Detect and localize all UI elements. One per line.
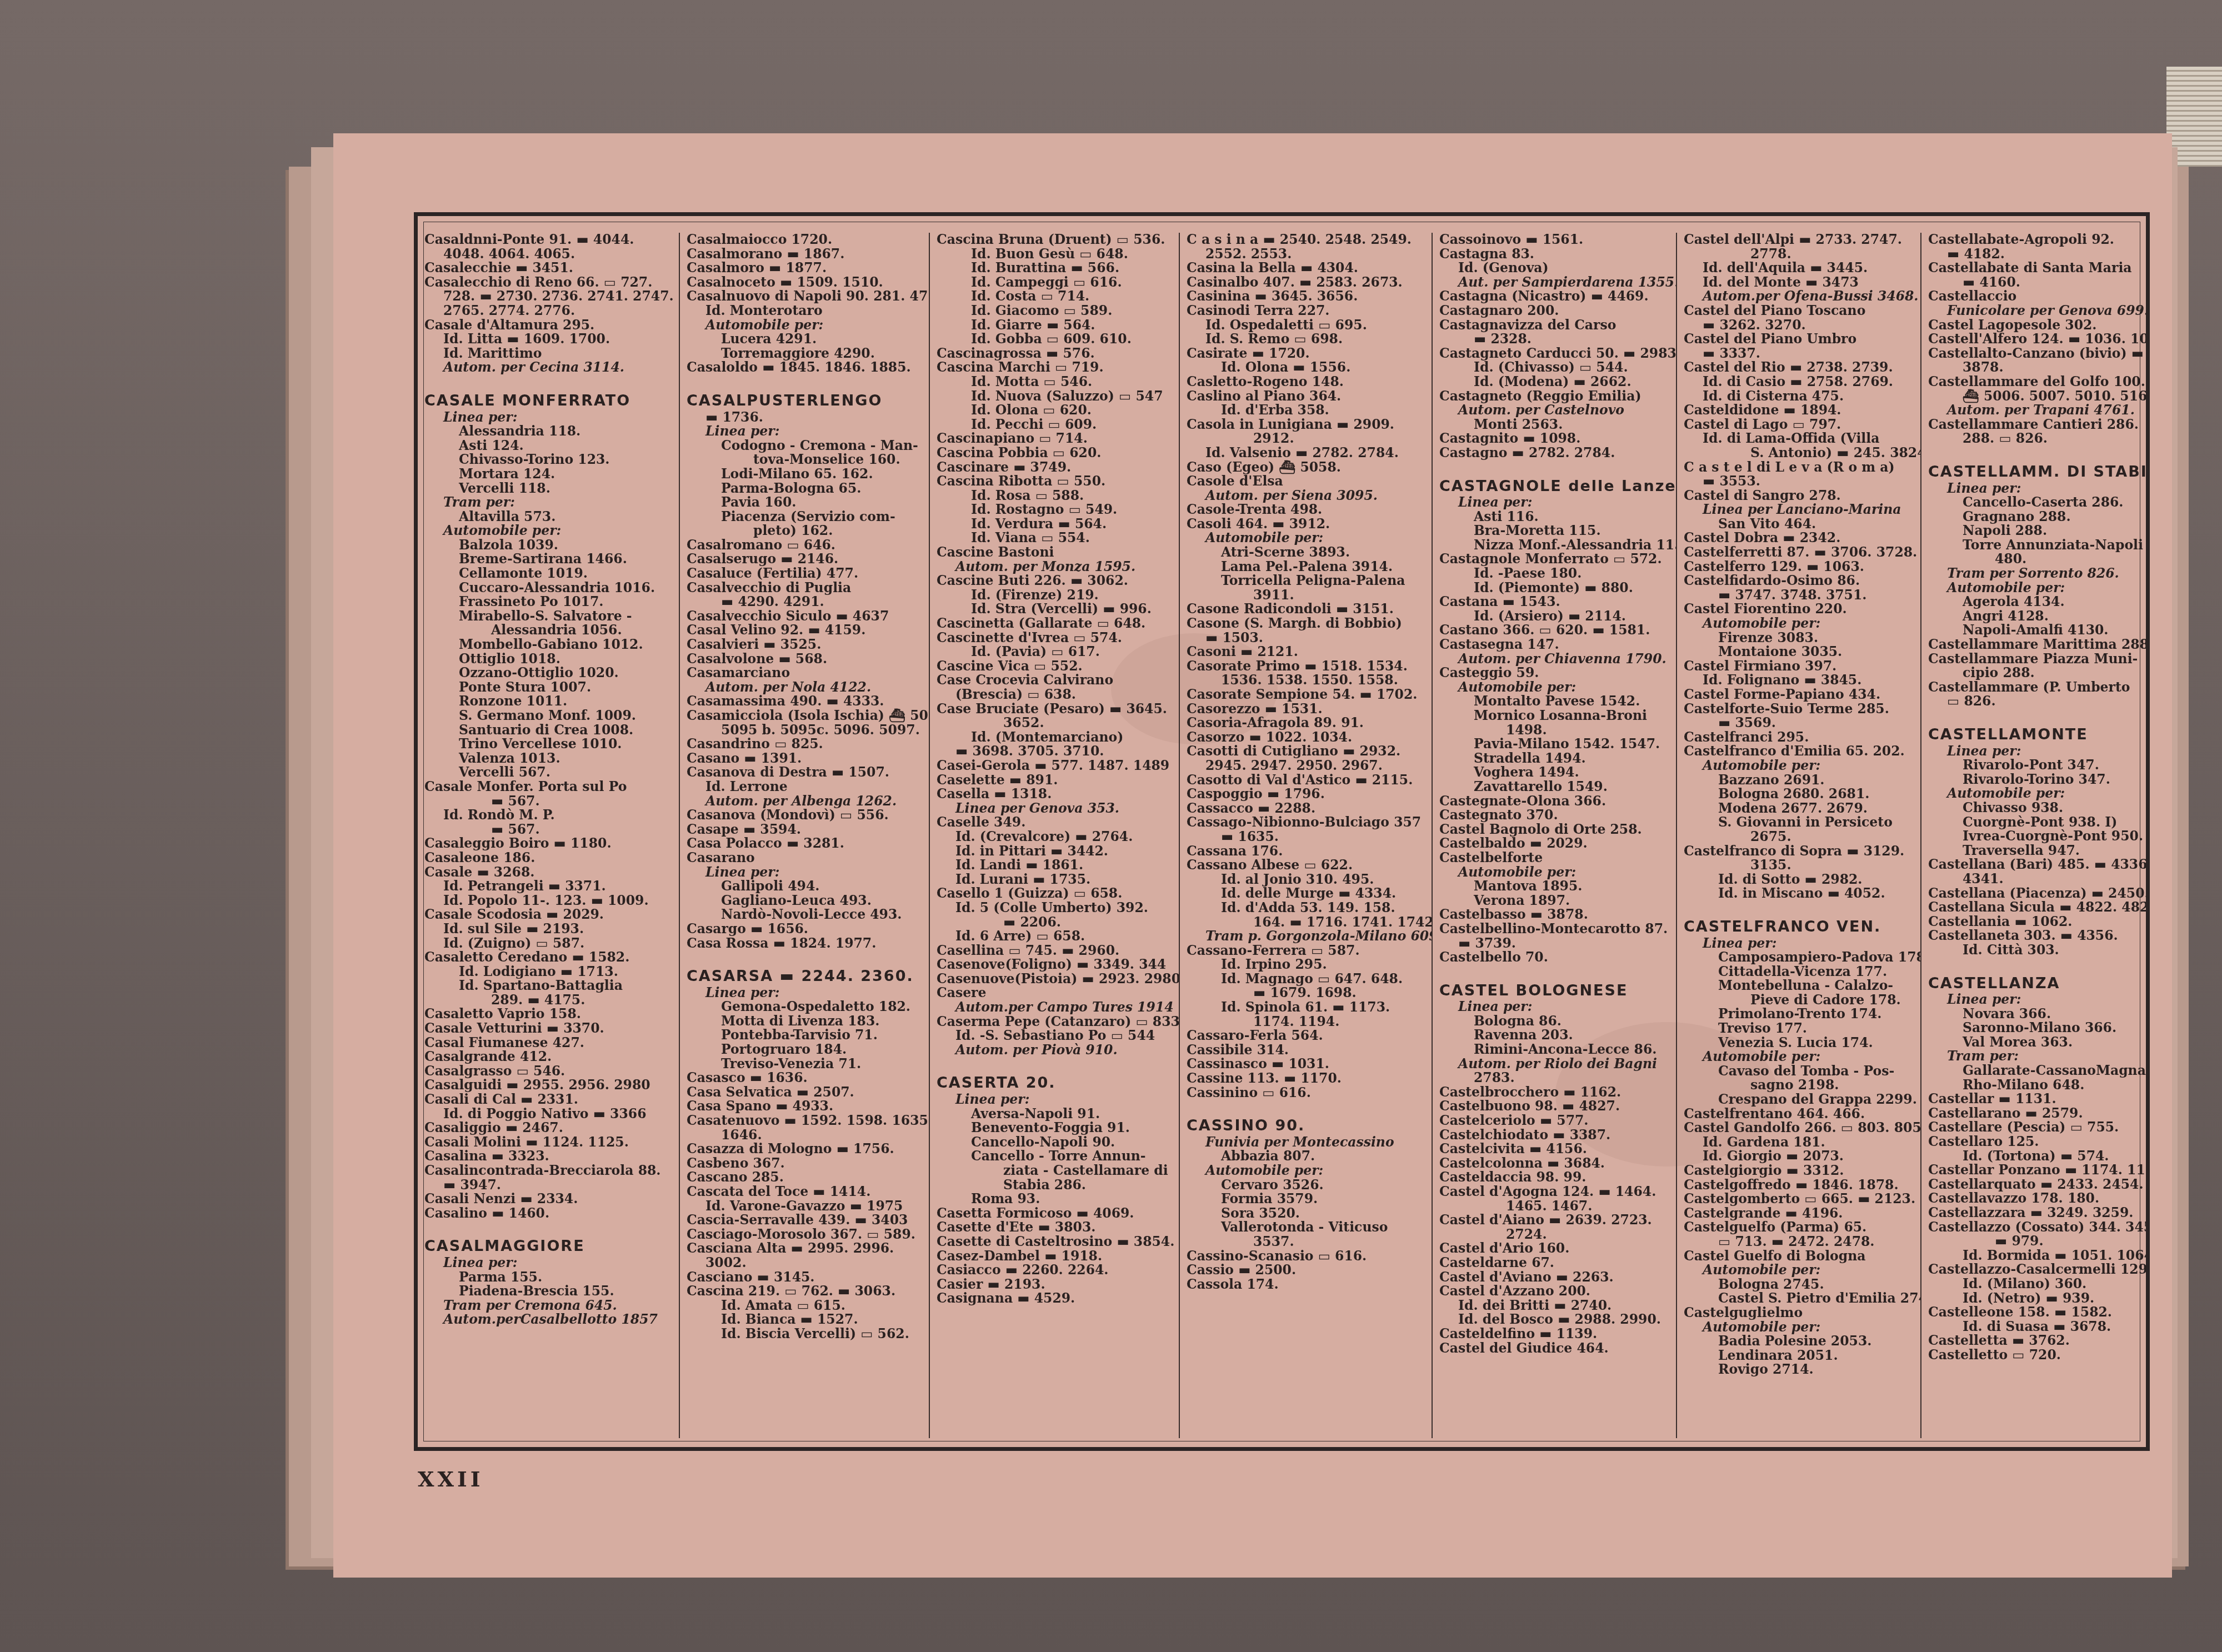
- index-entry: Castellania ▬ 1062.: [1928, 915, 2143, 929]
- index-entry: Castel del Rio ▬ 2738. 2739.: [1684, 361, 1917, 375]
- index-entry: Casinalbo 407. ▬ 2583. 2673.: [1187, 276, 1428, 290]
- index-entry: Id. di Cisterna 475.: [1684, 389, 1917, 404]
- index-entry: Cassinino ▭ 616.: [1187, 1086, 1428, 1100]
- index-entry: Id. Motta ▭ 546.: [937, 375, 1175, 389]
- index-entry: Roma 93.: [937, 1192, 1175, 1207]
- index-entry: Lendinara 2051.: [1684, 1349, 1917, 1363]
- index-entry: ⛴ 5006. 5007. 5010. 5162.: [1928, 389, 2143, 404]
- index-entry: Casorate Primo ▬ 1518. 1534.: [1187, 659, 1428, 674]
- index-entry: Castelguelfo (Parma) 65.: [1684, 1220, 1917, 1235]
- index-entry: Case Crocevia Calvirano: [937, 673, 1175, 688]
- index-entry: Tram per Cremona 645.: [424, 1299, 675, 1313]
- index-entry: Montebelluna - Calalzo-: [1684, 979, 1917, 993]
- index-entry: Castellana Sicula ▬ 4822. 4824: [1928, 900, 2143, 915]
- index-entry: Cassola 174.: [1187, 1278, 1428, 1292]
- index-entry: 728. ▬ 2730. 2736. 2741. 2747.: [424, 289, 675, 304]
- index-entry: Bologna 2745.: [1684, 1278, 1917, 1292]
- index-entry: Castelceriolo ▬ 577.: [1439, 1114, 1673, 1128]
- index-entry: Casoli 464. ▬ 3912.: [1187, 517, 1428, 532]
- index-entry: Casalvieri ▬ 3525.: [687, 638, 925, 652]
- index-entry: Id. Rostagno ▭ 549.: [937, 503, 1175, 517]
- index-entry: Casaleone 186.: [424, 851, 675, 865]
- index-entry: Castel di Sangro 278.: [1684, 489, 1917, 503]
- index-entry: Casandrino ▭ 825.: [687, 737, 925, 752]
- index-column-5: Cassoinovo ▬ 1561.Castagna 83.Id. (Genov…: [1432, 233, 1676, 1438]
- index-entry: Linea per:: [687, 986, 925, 1000]
- index-entry: Casatenuovo ▬ 1592. 1598. 1635.: [687, 1114, 925, 1128]
- index-entry: Autom.per Campo Tures 1914: [937, 1000, 1175, 1015]
- index-entry: Castellarquato ▬ 2433. 2454.: [1928, 1178, 2143, 1192]
- index-entry: Castel del Piano Toscano: [1684, 304, 1917, 318]
- index-entry: Castagnaro 200.: [1439, 304, 1673, 318]
- index-entry: Casirate ▬ 1720.: [1187, 347, 1428, 361]
- index-entry: Firenze 3083.: [1684, 631, 1917, 645]
- index-entry: Id. (Tortona) ▬ 574.: [1928, 1149, 2143, 1164]
- index-entry: Cancello - Torre Annun-: [937, 1149, 1175, 1164]
- index-entry: ▬ 4290. 4291.: [687, 595, 925, 609]
- index-entry: Castagna 83.: [1439, 247, 1673, 262]
- index-entry: Cascina 219. ▭ 762. ▬ 3063.: [687, 1284, 925, 1299]
- index-entry: Lama Pel.-Palena 3914.: [1187, 560, 1428, 574]
- index-entry: Castelbelforte: [1439, 851, 1673, 865]
- index-entry: sagno 2198.: [1684, 1078, 1917, 1093]
- index-entry: Castellar ▬ 1131.: [1928, 1092, 2143, 1107]
- index-entry: Automobile per:: [424, 524, 675, 538]
- index-entry: Casape ▬ 3594.: [687, 823, 925, 837]
- index-entry: Id. Lodigiano ▬ 1713.: [424, 965, 675, 979]
- index-entry: Castelfrentano 464. 466.: [1684, 1107, 1917, 1122]
- index-entry: ▬ 3698. 3705. 3710.: [937, 744, 1175, 759]
- index-entry: Cancello-Napoli 90.: [937, 1135, 1175, 1150]
- index-entry: Casamarciano: [687, 666, 925, 680]
- index-entry: Castagna (Nicastro) ▬ 4469.: [1439, 289, 1673, 304]
- index-entry: Cascina Pobbia ▭ 620.: [937, 446, 1175, 460]
- index-entry: ▬ 4182.: [1928, 247, 2143, 262]
- index-entry: Casalserugo ▬ 2146.: [687, 552, 925, 567]
- index-entry: Cascinetta (Gallarate ▭ 648.: [937, 617, 1175, 631]
- index-entry: Id. Campeggi ▭ 616.: [937, 276, 1175, 290]
- index-entry: Id. dell'Aquila ▬ 3445.: [1684, 261, 1917, 276]
- index-column-3: Cascina Bruna (Druent) ▭ 536.Id. Buon Ge…: [929, 233, 1179, 1438]
- index-entry: Castel Lagopesole 302.: [1928, 318, 2143, 333]
- index-entry: Napoli 288.: [1928, 524, 2143, 538]
- index-entry: Alessandria 1056.: [424, 623, 675, 638]
- index-entry: Id. -S. Sebastiano Po ▭ 544: [937, 1029, 1175, 1043]
- index-entry: ▭ 826.: [1928, 694, 2143, 709]
- index-entry: 3135.: [1684, 858, 1917, 873]
- section-heading: CASTEL BOLOGNESE: [1439, 984, 1673, 998]
- index-entry: Id. di Suasa ▬ 3678.: [1928, 1320, 2143, 1334]
- index-entry: Id. d'Adda 53. 149. 158.: [1187, 901, 1428, 915]
- index-entry: Id. Rosa ▭ 588.: [937, 489, 1175, 503]
- index-entry: Autom. per Monza 1595.: [937, 560, 1175, 574]
- index-entry: (Brescia) ▭ 638.: [937, 688, 1175, 702]
- index-entry: Automobile per:: [1684, 1050, 1917, 1064]
- index-entry: Cascina Ribotta ▭ 550.: [937, 474, 1175, 489]
- index-entry: Funicolare per Genova 699.: [1928, 304, 2143, 318]
- index-entry: Id. Amata ▭ 615.: [687, 1299, 925, 1313]
- index-entry: Pieve di Cadore 178.: [1684, 993, 1917, 1008]
- index-entry: Rivarolo-Pont 347.: [1928, 758, 2143, 773]
- index-entry: Id. (Piemonte) ▬ 880.: [1439, 581, 1673, 595]
- index-entry: Cuccaro-Alessandria 1016.: [424, 581, 675, 595]
- index-entry: Autom. per Piovà 910.: [937, 1043, 1175, 1058]
- index-entry: Id. Biscia Vercelli) ▭ 562.: [687, 1327, 925, 1341]
- index-entry: Parma-Bologna 65.: [687, 482, 925, 496]
- index-entry: Casotto di Val d'Astico ▬ 2115.: [1187, 773, 1428, 788]
- index-entry: Castelchiodato ▬ 3387.: [1439, 1128, 1673, 1143]
- index-entry: Cascinare ▬ 3749.: [937, 460, 1175, 475]
- index-entry: Portogruaro 184.: [687, 1043, 925, 1057]
- index-entry: Abbazia 807.: [1187, 1149, 1428, 1164]
- index-entry: Castagneto Carducci 50. ▬ 2983.: [1439, 347, 1673, 361]
- index-entry: Casignana ▬ 4529.: [937, 1291, 1175, 1306]
- index-entry: Aut. per Sampierdarena 1355.: [1439, 276, 1673, 290]
- index-entry: Autom. per Riolo dei Bagni: [1439, 1057, 1673, 1072]
- index-entry: Stradella 1494.: [1439, 752, 1673, 766]
- index-entry: Castelbrocchero ▬ 1162.: [1439, 1085, 1673, 1100]
- index-entry: Sora 3520.: [1187, 1207, 1428, 1221]
- index-entry: Casa Rossa ▬ 1824. 1977.: [687, 937, 925, 951]
- index-entry: Autom. per Albenga 1262.: [687, 794, 925, 809]
- index-entry: Casciano ▬ 3145.: [687, 1270, 925, 1285]
- index-entry: 3652.: [937, 716, 1175, 730]
- index-entry: Id. (Genova): [1439, 261, 1673, 276]
- section-heading: CASALE MONFERRATO: [424, 394, 675, 408]
- index-entry: Id. Lerrone: [687, 780, 925, 794]
- index-entry: Castellammare del Golfo 100.: [1928, 375, 2143, 389]
- index-entry: Piadena-Brescia 155.: [424, 1284, 675, 1299]
- index-entry: Automobile per:: [1439, 865, 1673, 880]
- index-entry: Id. Gobba ▭ 609. 610.: [937, 332, 1175, 347]
- index-entry: Castelgrande ▬ 4196.: [1684, 1207, 1917, 1221]
- index-entry: Id. -Paese 180.: [1439, 567, 1673, 581]
- index-entry: Cassibile 314.: [1187, 1043, 1428, 1058]
- index-entry: Casinina ▬ 3645. 3656.: [1187, 289, 1428, 304]
- index-entry: Casinodi Terra 227.: [1187, 304, 1428, 318]
- index-entry: Angri 4128.: [1928, 609, 2143, 624]
- index-entry: Casette d'Ete ▬ 3803.: [937, 1220, 1175, 1235]
- index-entry: Torricella Peligna-Palena: [1187, 574, 1428, 588]
- index-entry: Automobile per:: [1439, 680, 1673, 695]
- index-entry: Castegnato 370.: [1439, 808, 1673, 823]
- index-entry: Castellaccio: [1928, 289, 2143, 304]
- index-column-2: Casalmaiocco 1720.Casalmorano ▬ 1867.Cas…: [679, 233, 929, 1438]
- index-entry: Castano 366. ▭ 620. ▬ 1581.: [1439, 623, 1673, 638]
- index-entry: Casarano: [687, 851, 925, 865]
- index-entry: ▬ 3553.: [1684, 474, 1917, 489]
- index-entry: Casteggio 59.: [1439, 666, 1673, 680]
- index-entry: Bazzano 2691.: [1684, 773, 1917, 788]
- index-entry: Tram per:: [424, 495, 675, 510]
- index-entry: Castellana (Piacenza) ▬ 2450.: [1928, 887, 2143, 901]
- index-entry: Castelcolonna ▬ 3684.: [1439, 1157, 1673, 1171]
- index-entry: Id. (Arsiero) ▬ 2114.: [1439, 609, 1673, 624]
- index-entry: 2724.: [1439, 1228, 1673, 1242]
- index-entry: Casalmaiocco 1720.: [687, 233, 925, 247]
- index-entry: Castelbaldo ▬ 2029.: [1439, 837, 1673, 851]
- index-entry: Id. Giorgio ▬ 2073.: [1684, 1149, 1917, 1164]
- index-entry: Casale Scodosia ▬ 2029.: [424, 908, 675, 922]
- index-entry: Benevento-Foggia 91.: [937, 1121, 1175, 1135]
- index-entry: Id. Spartano-Battaglia: [424, 979, 675, 993]
- index-entry: Ozzano-Ottiglio 1020.: [424, 666, 675, 680]
- index-entry: Caselette ▬ 891.: [937, 773, 1175, 788]
- index-entry: Bra-Moretta 115.: [1439, 524, 1673, 538]
- index-entry: Badia Polesine 2053.: [1684, 1334, 1917, 1349]
- index-entry: Id. delle Murge ▬ 4334.: [1187, 887, 1428, 901]
- index-entry: Id. Spinola 61. ▬ 1173.: [1187, 1000, 1428, 1015]
- index-entry: Castelfidardo-Osimo 86.: [1684, 574, 1917, 588]
- index-entry: Casalino ▬ 1460.: [424, 1207, 675, 1221]
- index-entry: Id. (Modena) ▬ 2662.: [1439, 375, 1673, 389]
- index-entry: Casella ▬ 1318.: [937, 787, 1175, 802]
- index-entry: Napoli-Amalfi 4130.: [1928, 623, 2143, 638]
- index-entry: Autom. per Castelnovo: [1439, 403, 1673, 418]
- index-entry: Id. di Casio ▬ 2758. 2769.: [1684, 375, 1917, 389]
- index-entry: Id. Varone-Gavazzo ▬ 1975: [687, 1199, 925, 1214]
- index-entry: Castellare (Pescia) ▭ 755.: [1928, 1120, 2143, 1135]
- index-entry: Id. Stra (Vercelli) ▬ 996.: [937, 602, 1175, 617]
- index-column-1: Casaldnni-Ponte 91. ▬ 4044.4048. 4064. 4…: [418, 233, 679, 1438]
- index-entry: Cancello-Caserta 286.: [1928, 495, 2143, 510]
- index-entry: Casaliggio ▬ 2467.: [424, 1121, 675, 1135]
- index-entry: Castel d'Aiano ▬ 2639. 2723.: [1439, 1213, 1673, 1228]
- index-entry: Gragnano 288.: [1928, 510, 2143, 524]
- index-entry: Id. in Miscano ▬ 4052.: [1684, 887, 1917, 901]
- index-entry: Castel d'Ario 160.: [1439, 1241, 1673, 1256]
- index-entry: Cassaro-Ferla 564.: [1187, 1029, 1428, 1043]
- index-entry: Id. dei Britti ▬ 2740.: [1439, 1299, 1673, 1313]
- index-entry: Casasco ▬ 1636.: [687, 1071, 925, 1085]
- index-entry: Treviso-Venezia 71.: [687, 1057, 925, 1072]
- index-entry: Castellammare (P. Umberto: [1928, 680, 2143, 695]
- index-entry: Valenza 1013.: [424, 752, 675, 766]
- index-entry: Casalvecchio di Puglia: [687, 581, 925, 595]
- index-entry: Castel Guelfo di Bologna: [1684, 1249, 1917, 1264]
- index-entry: tova-Monselice 160.: [687, 453, 925, 467]
- index-entry: Castellarano ▬ 2579.: [1928, 1107, 2143, 1121]
- section-heading: CASARSA ▬ 2244. 2360.: [687, 969, 925, 984]
- index-entry: 1646.: [687, 1128, 925, 1143]
- index-entry: 1498.: [1439, 723, 1673, 738]
- index-entry: Caslino al Piano 364.: [1187, 389, 1428, 404]
- index-entry: Id. (Chivasso) ▭ 544.: [1439, 361, 1673, 375]
- index-entry: Casa Spano ▬ 4933.: [687, 1099, 925, 1114]
- index-entry: Casier ▬ 2193.: [937, 1278, 1175, 1292]
- index-entry: Casere: [937, 986, 1175, 1000]
- index-entry: Id. di Sotto ▬ 2982.: [1684, 873, 1917, 887]
- index-entry: Gagliano-Leuca 493.: [687, 894, 925, 908]
- index-entry: Cassacco ▬ 2288.: [1187, 802, 1428, 816]
- index-entry: Autom.perCasalbellotto 1857: [424, 1313, 675, 1327]
- index-entry: Casetta Formicoso ▬ 4069.: [937, 1207, 1175, 1221]
- index-entry: Casale ▬ 3268.: [424, 865, 675, 880]
- index-entry: Casalvolone ▬ 568.: [687, 652, 925, 667]
- index-entry: Rovigo 2714.: [1684, 1363, 1917, 1377]
- index-entry: Id. (Pavia) ▭ 617.: [937, 645, 1175, 659]
- index-entry: Cascine Bastoni: [937, 545, 1175, 560]
- index-entry: Zavattarello 1549.: [1439, 780, 1673, 794]
- index-entry: Castelfranco d'Emilia 65. 202.: [1684, 744, 1917, 759]
- index-entry: Primolano-Trento 174.: [1684, 1007, 1917, 1022]
- index-entry: Frassineto Po 1017.: [424, 595, 675, 609]
- index-entry: Castel Gandolfo 266. ▭ 803. 805.: [1684, 1121, 1917, 1135]
- index-entry: Castellammare Marittima 288.: [1928, 638, 2143, 652]
- index-entry: S. Antonio) ▬ 245. 3824.: [1684, 446, 1917, 460]
- index-entry: Castelletto ▭ 720.: [1928, 1348, 2143, 1363]
- index-entry: Caso (Egeo) ⛴ 5058.: [1187, 460, 1428, 475]
- index-entry: Cascinette d'Ivrea ▭ 574.: [937, 631, 1175, 645]
- index-entry: Id. Gardena 181.: [1684, 1135, 1917, 1150]
- index-entry: Castell'Alfero 124. ▬ 1036. 1041: [1928, 332, 2143, 347]
- index-entry: Casanova (Mondovì) ▭ 556.: [687, 808, 925, 823]
- index-entry: Id. del Monte ▬ 3473: [1684, 276, 1917, 290]
- index-entry: Tram p. Gorgonzola-Milano 609: [1187, 929, 1428, 944]
- index-entry: Id. Ospedaletti ▭ 695.: [1187, 318, 1428, 333]
- index-entry: ▬ 2328.: [1439, 332, 1673, 347]
- index-entry: Linea per:: [937, 1093, 1175, 1107]
- index-entry: 2945. 2947. 2950. 2967.: [1187, 759, 1428, 773]
- index-entry: Castana ▬ 1543.: [1439, 595, 1673, 609]
- index-entry: Gemona-Ospedaletto 182.: [687, 1000, 925, 1014]
- index-entry: Traversella 947.: [1928, 844, 2143, 858]
- index-entry: Castegnate-Olona 366.: [1439, 794, 1673, 809]
- index-entry: Mantova 1895.: [1439, 879, 1673, 894]
- index-entry: Bologna 2680. 2681.: [1684, 787, 1917, 802]
- index-entry: Cassano-Ferrera ▭ 587.: [1187, 944, 1428, 958]
- index-entry: Casaleggio Boiro ▬ 1180.: [424, 837, 675, 851]
- index-entry: Linea per:: [1928, 744, 2143, 759]
- index-entry: Id. Magnago ▭ 647. 648.: [1187, 972, 1428, 987]
- index-entry: Linea per Genova 353.: [937, 802, 1175, 816]
- index-entry: ▬ 1736.: [687, 411, 925, 425]
- index-entry: Automobile per:: [1187, 531, 1428, 545]
- index-entry: Castelfranco di Sopra ▬ 3129.: [1684, 844, 1917, 859]
- index-entry: Torre Annunziata-Napoli: [1928, 538, 2143, 553]
- index-entry: Casoni ▬ 2121.: [1187, 645, 1428, 659]
- index-entry: Id. di Poggio Nativo ▬ 3366: [424, 1107, 675, 1122]
- index-entry: Monti 2563.: [1439, 418, 1673, 432]
- index-entry: Autom. per Trapani 4761.: [1928, 403, 2143, 418]
- index-entry: Automobile per:: [687, 318, 925, 333]
- index-entry: Id. sul Sile ▬ 2193.: [424, 922, 675, 937]
- index-entry: Vallerotonda - Viticuso: [1187, 1220, 1428, 1235]
- index-entry: 3002.: [687, 1256, 925, 1270]
- section-heading: CASALPUSTERLENGO: [687, 394, 925, 408]
- index-entry: 164. ▬ 1716. 1741. 1742.: [1187, 915, 1428, 930]
- index-entry: Cassano Albese ▭ 622.: [1187, 858, 1428, 873]
- index-entry: Val Morea 363.: [1928, 1035, 2143, 1050]
- index-entry: Linea per:: [424, 411, 675, 425]
- index-entry: Montaione 3035.: [1684, 645, 1917, 659]
- index-entry: Agerola 4134.: [1928, 595, 2143, 609]
- index-entry: Castel Fiorentino 220.: [1684, 602, 1917, 617]
- index-entry: Casaletto Ceredano ▬ 1582.: [424, 950, 675, 965]
- index-entry: Castellaneta 303. ▬ 4356.: [1928, 929, 2143, 943]
- index-entry: Casalguidi ▬ 2955. 2956. 2980: [424, 1078, 675, 1093]
- index-entry: Caspoggio ▬ 1796.: [1187, 787, 1428, 802]
- index-entry: Balzola 1039.: [424, 538, 675, 553]
- index-entry: 2783.: [1439, 1071, 1673, 1085]
- index-entry: Rho-Milano 648.: [1928, 1078, 2143, 1093]
- index-entry: Id. in Pittari ▬ 3442.: [937, 844, 1175, 859]
- index-entry: Casalromano ▭ 646.: [687, 538, 925, 553]
- index-entry: C a s i n a ▬ 2540. 2548. 2549.: [1187, 233, 1428, 247]
- index-entry: 5095 b. 5095c. 5096. 5097.: [687, 723, 925, 738]
- index-entry: Cuorgnè-Pont 938. I): [1928, 815, 2143, 830]
- index-entry: Castellammare Cantieri 286.: [1928, 418, 2143, 432]
- index-entry: Mombello-Gabiano 1012.: [424, 638, 675, 652]
- index-entry: Casenove(Foligno) ▬ 3349. 344: [937, 958, 1175, 972]
- index-entry: Casalecchie ▬ 3451.: [424, 261, 675, 276]
- index-entry: Id. Bormida ▬ 1051. 1064: [1928, 1249, 2143, 1263]
- index-entry: Id. (Firenze) 219.: [937, 588, 1175, 603]
- index-entry: Casaloldo ▬ 1845. 1846. 1885.: [687, 361, 925, 375]
- index-entry: Id. 5 (Colle Umberto) 392.: [937, 901, 1175, 915]
- section-heading: CASSINO 90.: [1187, 1119, 1428, 1133]
- index-entry: Case Bruciate (Pesaro) ▬ 3645.: [937, 702, 1175, 717]
- index-entry: Castel dell'Alpi ▬ 2733. 2747.: [1684, 233, 1917, 247]
- index-entry: Motta di Livenza 183.: [687, 1014, 925, 1029]
- index-entry: Camposampiero-Padova 178: [1684, 950, 1917, 965]
- index-entry: Casciago-Morosolo 367. ▭ 589.: [687, 1228, 925, 1242]
- index-entry: Id. (Milano) 360.: [1928, 1277, 2143, 1291]
- index-entry: Id. d'Erba 358.: [1187, 403, 1428, 418]
- index-entry: Cassine 113. ▬ 1170.: [1187, 1072, 1428, 1086]
- index-entry: Id. Giacomo ▭ 589.: [937, 304, 1175, 318]
- index-entry: Linea per:: [1439, 1000, 1673, 1014]
- index-entry: Casalina ▬ 3323.: [424, 1149, 675, 1164]
- index-entry: Castel del Giudice 464.: [1439, 1341, 1673, 1356]
- index-entry: Casale Monfer. Porta sul Po: [424, 780, 675, 794]
- index-entry: S. Germano Monf. 1009.: [424, 709, 675, 723]
- index-entry: Id. S. Remo ▭ 698.: [1187, 332, 1428, 347]
- index-entry: Id. Folignano ▬ 3845.: [1684, 673, 1917, 688]
- index-entry: Casa Polacco ▬ 3281.: [687, 837, 925, 851]
- index-entry: Castellalto-Canzano (bivio) ▬ 246.: [1928, 347, 2143, 361]
- index-entry: Linea per:: [1439, 495, 1673, 510]
- index-entry: Cavaso del Tomba - Pos-: [1684, 1064, 1917, 1079]
- index-entry: Castellammare Piazza Muni-: [1928, 652, 2143, 667]
- index-entry: Vercelli 567.: [424, 765, 675, 780]
- index-entry: ▬ 3337.: [1684, 347, 1917, 361]
- index-entry: Castel Firmiano 397.: [1684, 659, 1917, 674]
- index-entry: Casola in Lunigiana ▬ 2909.: [1187, 418, 1428, 432]
- index-entry: Linea per Lanciano-Marina: [1684, 503, 1917, 517]
- index-entry: Altavilla 573.: [424, 510, 675, 524]
- index-entry: Castel del Piano Umbro: [1684, 332, 1917, 347]
- index-entry: Castelforte-Suio Terme 285.: [1684, 702, 1917, 717]
- index-entry: Casal Velino 92. ▬ 4159.: [687, 623, 925, 638]
- index-entry: Ottiglio 1018.: [424, 652, 675, 667]
- index-entry: Id. Nuova (Saluzzo) ▭ 547: [937, 389, 1175, 404]
- index-entry: Linea per:: [1928, 482, 2143, 496]
- index-entry: Casorezzo ▬ 1531.: [1187, 702, 1428, 717]
- index-entry: Id. Petrangeli ▬ 3371.: [424, 879, 675, 894]
- index-entry: Stabia 286.: [937, 1178, 1175, 1193]
- index-entry: Castelbuono 98. ▬ 4827.: [1439, 1099, 1673, 1114]
- index-entry: Casamassima 490. ▬ 4333.: [687, 694, 925, 709]
- index-entry: Id. Olona ▭ 620.: [937, 403, 1175, 418]
- index-entry: Chivasso 938.: [1928, 801, 2143, 815]
- index-entry: Chivasso-Torino 123.: [424, 453, 675, 467]
- index-entry: ▬ 3262. 3270.: [1684, 318, 1917, 333]
- section-heading: CASTELFRANCO VEN.: [1684, 920, 1917, 934]
- index-entry: Breme-Sartirana 1466.: [424, 552, 675, 567]
- index-entry: Ivrea-Cuorgnè-Pont 950.: [1928, 829, 2143, 844]
- index-entry: Asti 124.: [424, 439, 675, 453]
